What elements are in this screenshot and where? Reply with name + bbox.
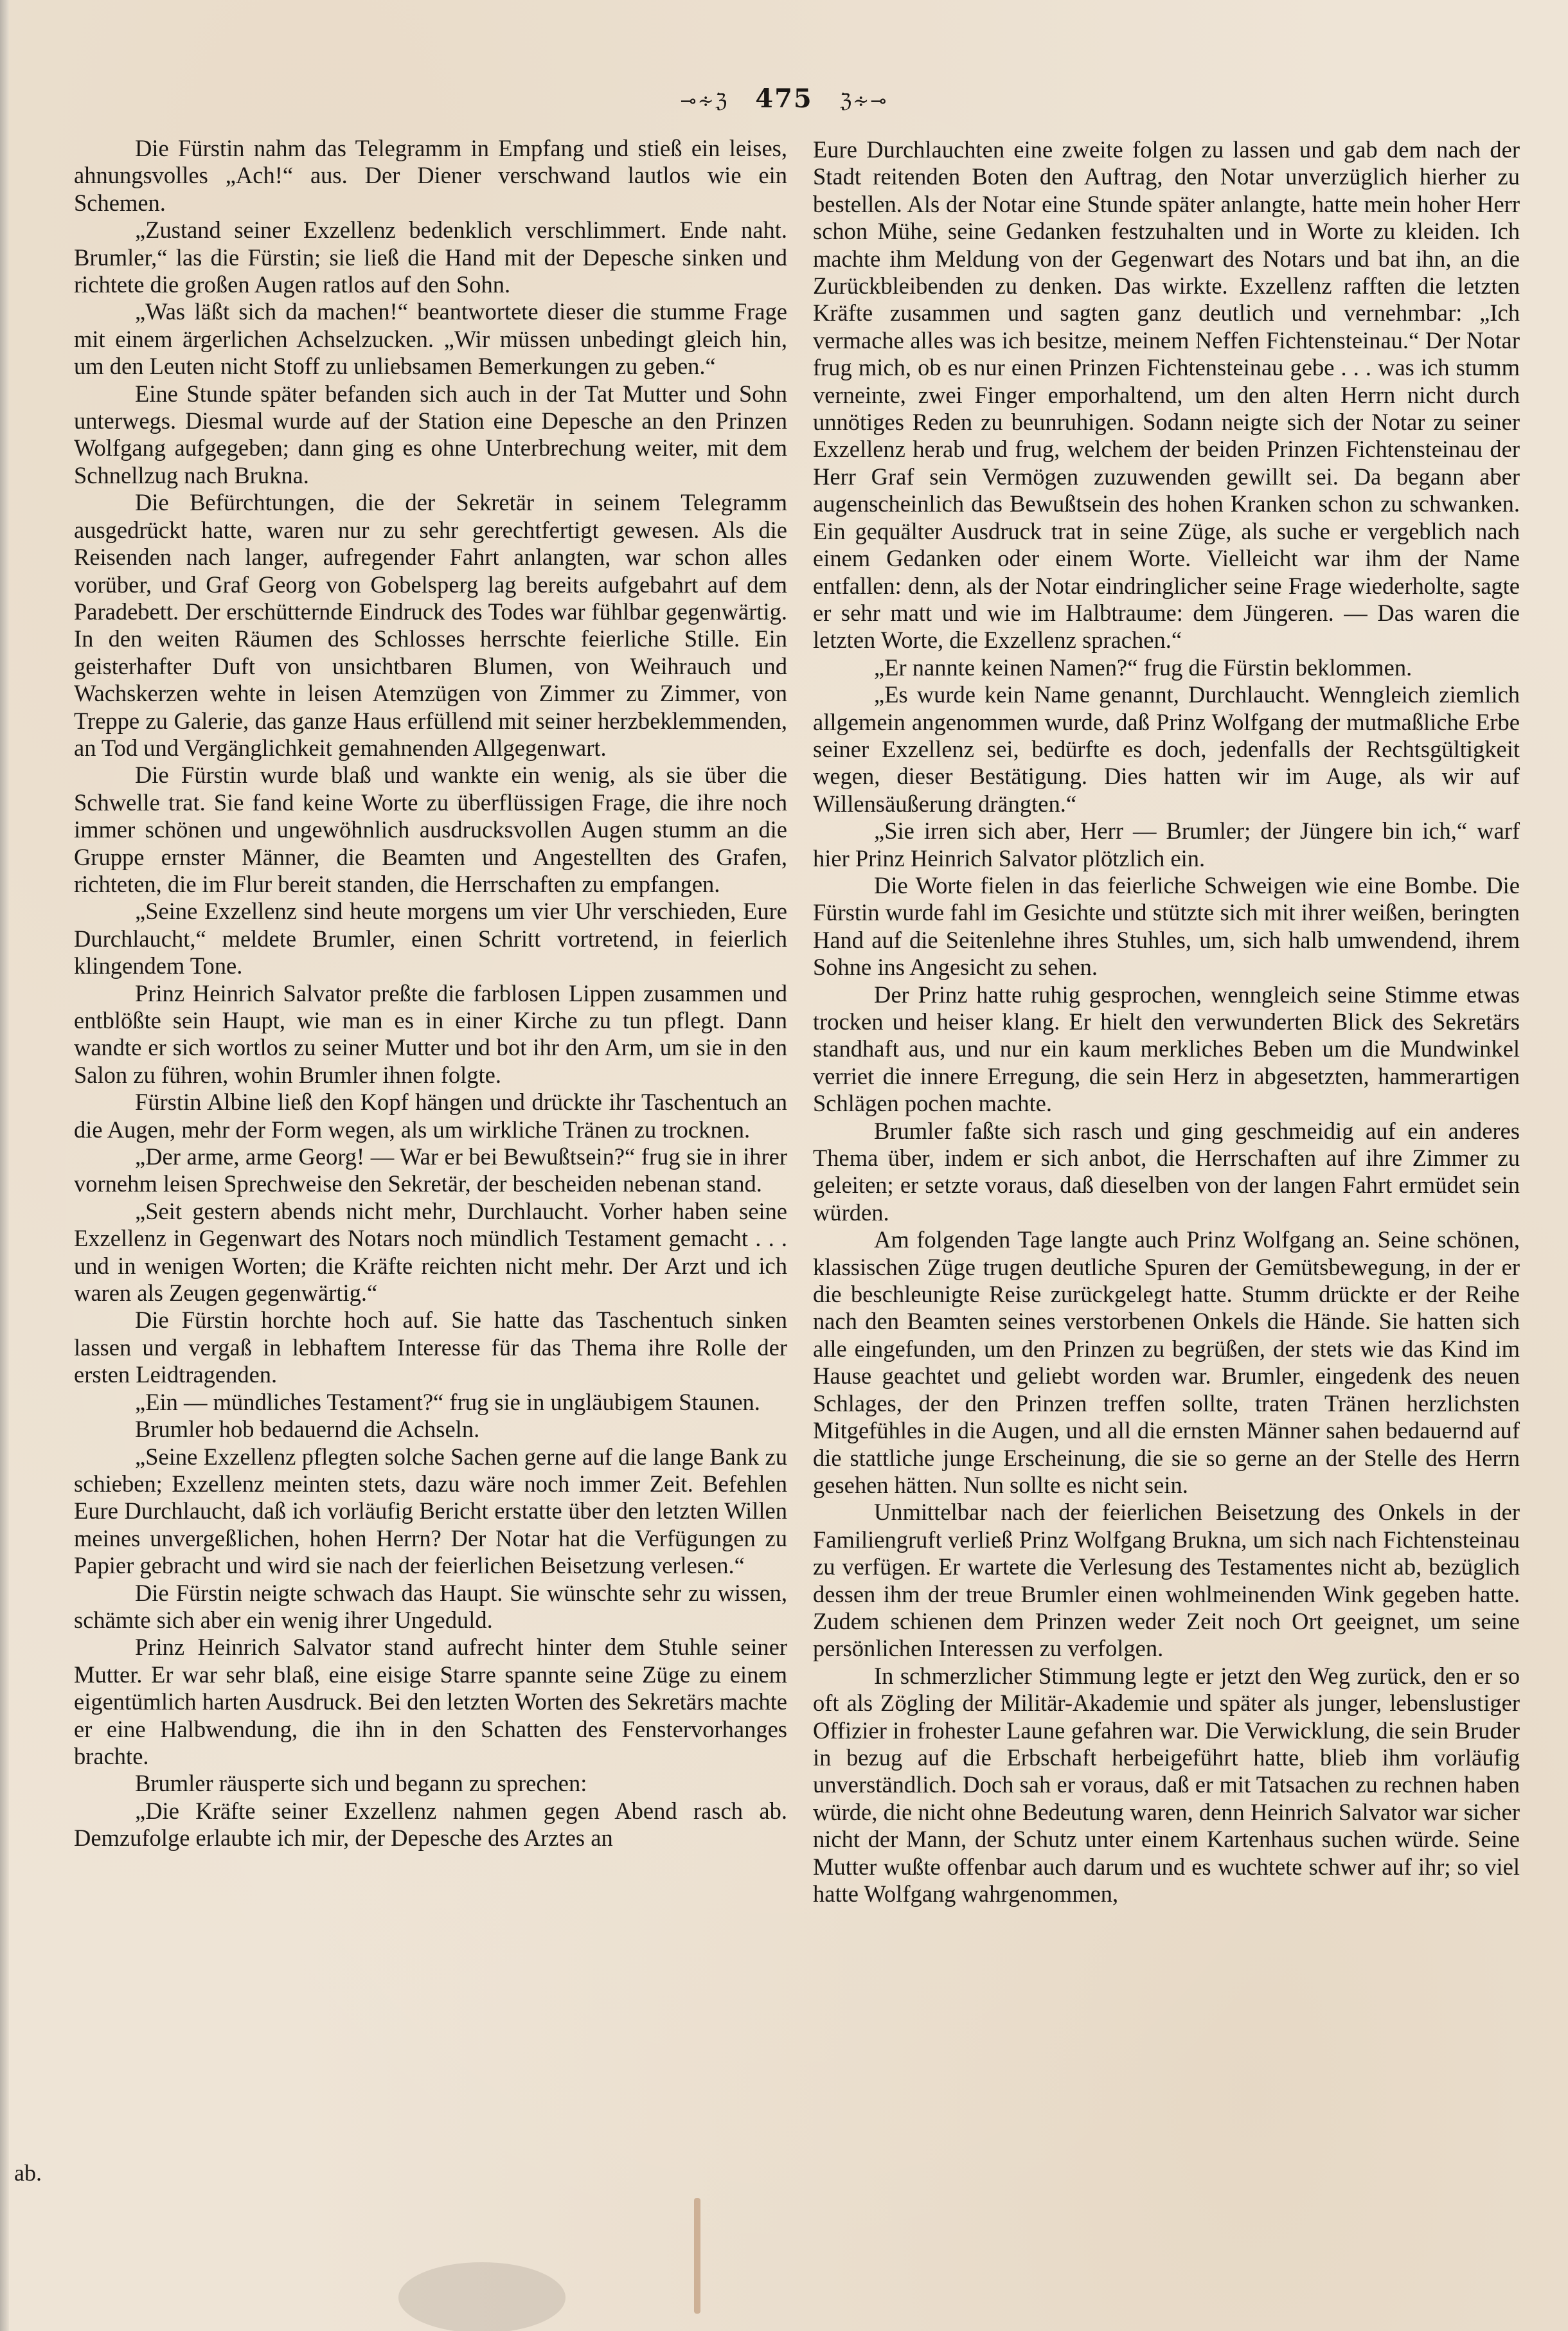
paragraph: Die Befürchtungen, die der Sekretär in s… xyxy=(74,489,787,762)
paragraph: „Zustand seiner Exzellenz bedenklich ver… xyxy=(74,217,787,298)
margin-note: ab. xyxy=(14,2159,42,2186)
paragraph: „Sie irren sich aber, Herr — Brumler; de… xyxy=(813,817,1520,872)
page-number: 475 xyxy=(755,84,813,114)
paper-stain xyxy=(398,2262,566,2331)
paragraph: Die Worte fielen in das feierliche Schwe… xyxy=(813,872,1520,981)
paragraph: Der Prinz hatte ruhig gesprochen, wenngl… xyxy=(813,981,1520,1118)
paragraph: „Die Kräfte seiner Exzellenz nahmen gege… xyxy=(74,1798,787,1852)
paragraph: Am folgenden Tage langte auch Prinz Wolf… xyxy=(813,1226,1520,1499)
paragraph: Fürstin Albine ließ den Kopf hängen und … xyxy=(74,1089,787,1143)
page-header: ⊸∻ℨ 475 ℨ∻⊸ xyxy=(0,84,1568,114)
paragraph: Unmittelbar nach der feierlichen Beisetz… xyxy=(813,1499,1520,1662)
paragraph: „Er nannte keinen Namen?“ frug die Fürst… xyxy=(813,654,1520,681)
paragraph: Die Fürstin wurde blaß und wankte ein we… xyxy=(74,762,787,898)
paragraph: „Seine Exzellenz pflegten solche Sachen … xyxy=(74,1443,787,1580)
paragraph: „Der arme, arme Georg! — War er bei Bewu… xyxy=(74,1143,787,1198)
left-column: Die Fürstin nahm das Telegramm in Empfan… xyxy=(74,135,787,1852)
ornament-right-icon: ℨ∻⊸ xyxy=(840,90,888,112)
paragraph: Prinz Heinrich Salvator stand aufrecht h… xyxy=(74,1634,787,1770)
paragraph: Die Fürstin neigte schwach das Haupt. Si… xyxy=(74,1580,787,1634)
paragraph: Prinz Heinrich Salvator preßte die farbl… xyxy=(74,980,787,1089)
paper-stain xyxy=(694,2198,700,2314)
paragraph: Brumler räusperte sich und begann zu spr… xyxy=(74,1770,787,1797)
paragraph: Eure Durchlauchten eine zweite folgen zu… xyxy=(813,136,1520,654)
page-edge-shadow xyxy=(0,0,9,2331)
paragraph: Brumler faßte sich rasch und ging geschm… xyxy=(813,1118,1520,1227)
paragraph: „Seine Exzellenz sind heute morgens um v… xyxy=(74,898,787,979)
book-page: ⊸∻ℨ 475 ℨ∻⊸ Die Fürstin nahm das Telegra… xyxy=(0,0,1568,2331)
paragraph: „Seit gestern abends nicht mehr, Durchla… xyxy=(74,1198,787,1307)
paragraph: „Es wurde kein Name genannt, Durchlaucht… xyxy=(813,681,1520,817)
paragraph: Die Fürstin horchte hoch auf. Sie hatte … xyxy=(74,1307,787,1388)
paragraph: Die Fürstin nahm das Telegramm in Empfan… xyxy=(74,135,787,217)
ornament-left-icon: ⊸∻ℨ xyxy=(681,90,729,112)
paragraph: Brumler hob bedauernd die Achseln. xyxy=(74,1416,787,1443)
paragraph: „Was läßt sich da machen!“ beantwortete … xyxy=(74,298,787,380)
right-column: Eure Durchlauchten eine zweite folgen zu… xyxy=(813,136,1520,1907)
paragraph: „Ein — mündliches Testament?“ frug sie i… xyxy=(74,1389,787,1416)
paragraph: In schmerzlicher Stimmung legte er jetzt… xyxy=(813,1663,1520,1908)
paragraph: Eine Stunde später befanden sich auch in… xyxy=(74,380,787,490)
